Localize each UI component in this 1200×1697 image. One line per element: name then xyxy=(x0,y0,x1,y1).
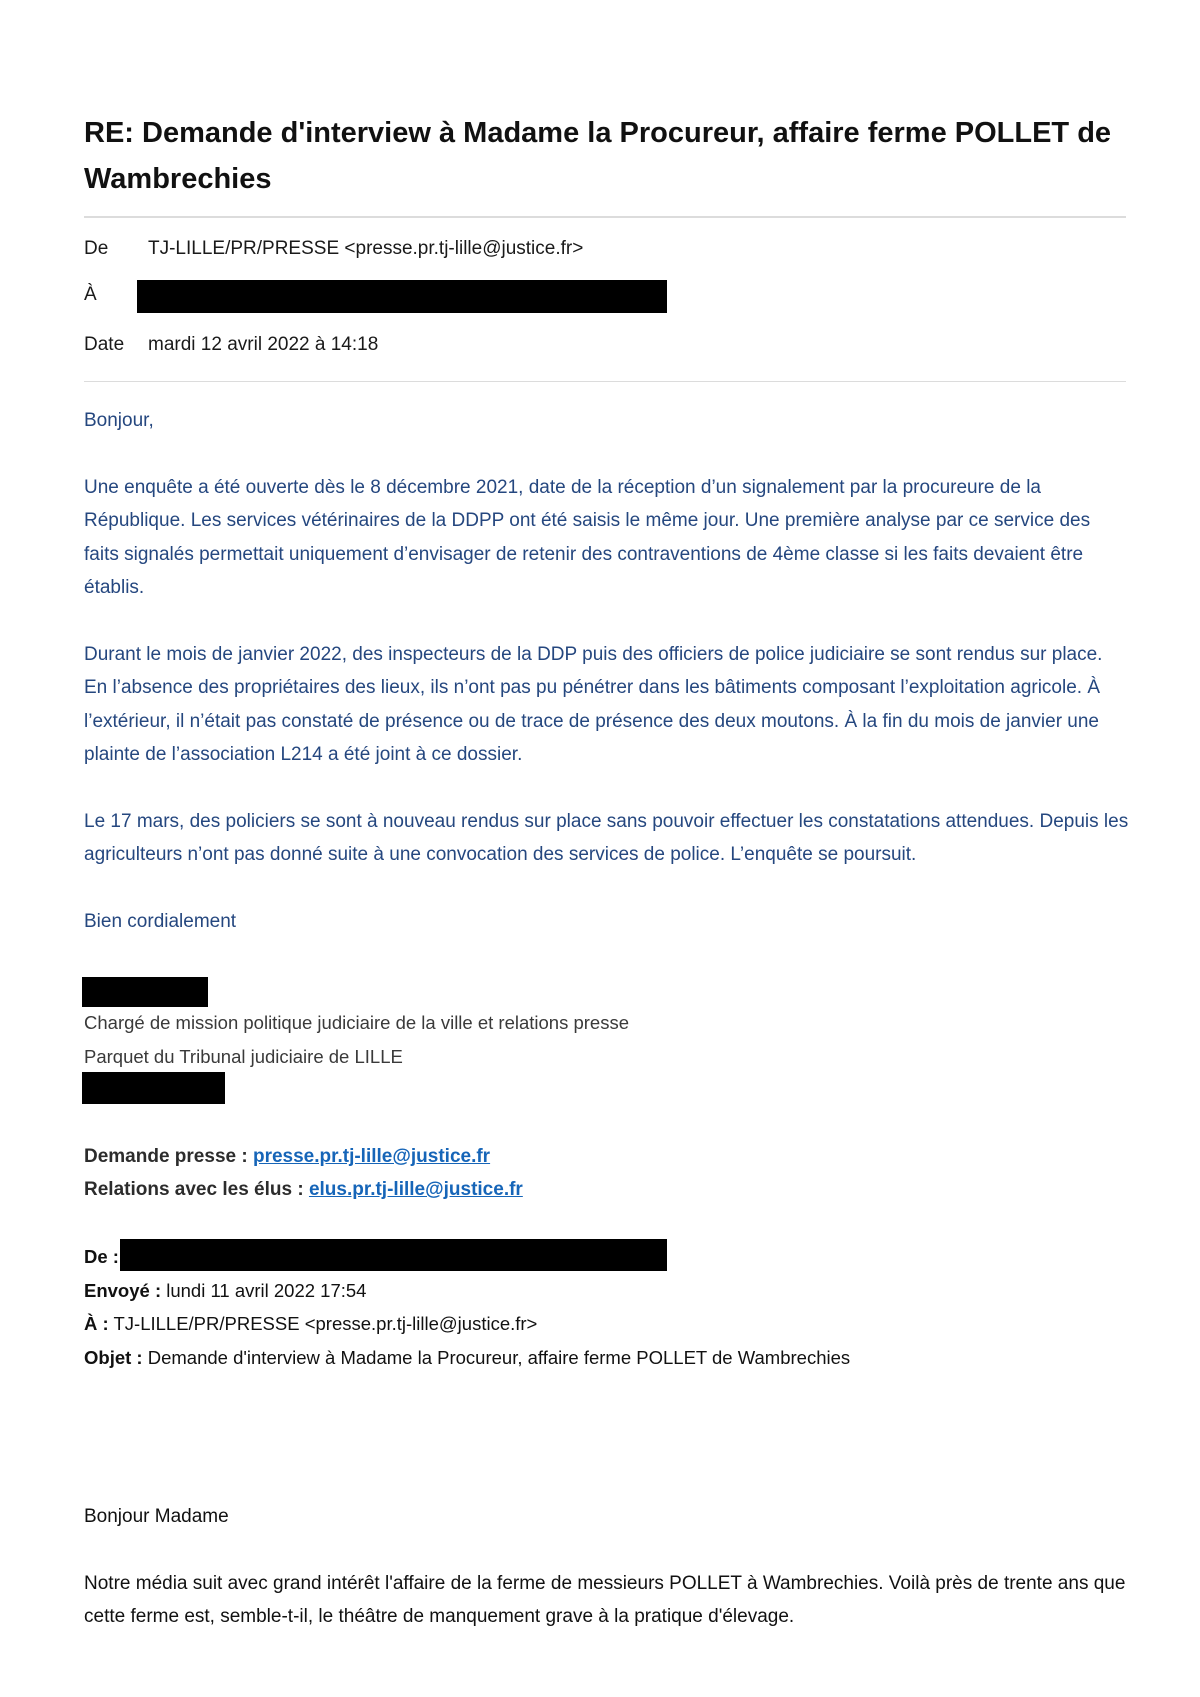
signature-office: Parquet du Tribunal judiciaire de LILLE xyxy=(84,1040,403,1073)
header-divider-bottom xyxy=(84,381,1126,382)
original-from-label: De : xyxy=(84,1246,119,1267)
original-to-label: À : xyxy=(84,1313,109,1334)
date-label: Date xyxy=(84,334,124,356)
elected-contact-line: Relations avec les élus : elus.pr.tj-lil… xyxy=(84,1173,523,1206)
redacted-original-sender xyxy=(120,1239,667,1271)
original-to-row: À : TJ-LILLE/PR/PRESSE <presse.pr.tj-lil… xyxy=(84,1307,537,1341)
original-paragraph: Notre média suit avec grand intérêt l'af… xyxy=(84,1567,1134,1634)
signature-role: Chargé de mission politique judiciaire d… xyxy=(84,1006,629,1039)
original-sent-value: lundi 11 avril 2022 17:54 xyxy=(161,1280,366,1301)
original-subject-label: Objet : xyxy=(84,1347,143,1368)
reply-closing: Bien cordialement xyxy=(84,905,1129,939)
email-document: RE: Demande d'interview à Madame la Proc… xyxy=(0,0,1200,1697)
original-to-value: TJ-LILLE/PR/PRESSE <presse.pr.tj-lille@j… xyxy=(109,1313,538,1334)
original-subject-value: Demande d'interview à Madame la Procureu… xyxy=(143,1347,851,1368)
redacted-recipient xyxy=(137,280,667,313)
press-contact-label: Demande presse : xyxy=(84,1146,253,1167)
to-label: À xyxy=(84,284,97,306)
elected-email-link[interactable]: elus.pr.tj-lille@justice.fr xyxy=(309,1179,523,1200)
press-contact-line: Demande presse : presse.pr.tj-lille@just… xyxy=(84,1140,490,1173)
date-value: mardi 12 avril 2022 à 14:18 xyxy=(148,334,378,356)
reply-body: Bonjour, Une enquête a été ouverte dès l… xyxy=(84,404,1129,938)
original-greeting: Bonjour Madame xyxy=(84,1500,1134,1534)
header-divider-top xyxy=(84,216,1126,218)
from-value[interactable]: TJ-LILLE/PR/PRESSE <presse.pr.tj-lille@j… xyxy=(148,238,583,260)
original-subject-row: Objet : Demande d'interview à Madame la … xyxy=(84,1341,850,1375)
redacted-signature-name xyxy=(82,977,208,1007)
email-subject: RE: Demande d'interview à Madame la Proc… xyxy=(84,110,1134,202)
elected-contact-label: Relations avec les élus : xyxy=(84,1179,309,1200)
original-sent-row: Envoyé : lundi 11 avril 2022 17:54 xyxy=(84,1274,366,1308)
reply-greeting: Bonjour, xyxy=(84,404,1129,438)
press-email-link[interactable]: presse.pr.tj-lille@justice.fr xyxy=(253,1146,490,1167)
reply-paragraph: Une enquête a été ouverte dès le 8 décem… xyxy=(84,471,1129,605)
original-sent-label: Envoyé : xyxy=(84,1280,161,1301)
original-from-row: De : xyxy=(84,1240,119,1274)
reply-paragraph: Le 17 mars, des policiers se sont à nouv… xyxy=(84,805,1129,872)
redacted-signature-phone xyxy=(82,1072,225,1104)
reply-paragraph: Durant le mois de janvier 2022, des insp… xyxy=(84,638,1129,772)
original-body: Bonjour Madame Notre média suit avec gra… xyxy=(84,1500,1134,1634)
from-label: De xyxy=(84,238,108,260)
